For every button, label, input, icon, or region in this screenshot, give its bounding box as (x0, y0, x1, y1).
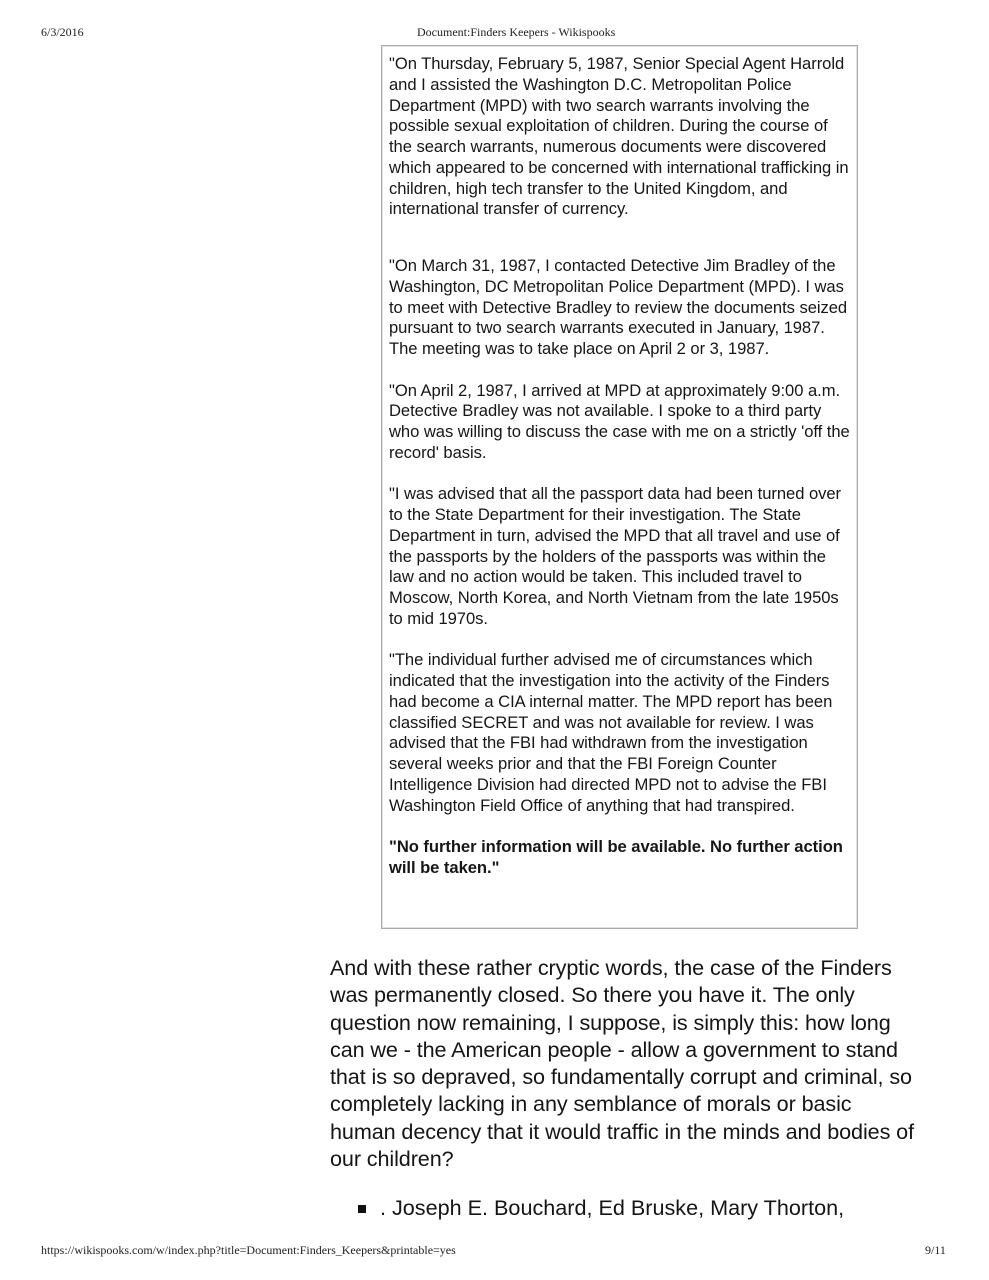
page-number: 9/11 (925, 1243, 946, 1257)
print-url: https://wikispooks.com/w/index.php?title… (41, 1243, 456, 1257)
memo-paragraph-mar-31: "On March 31, 1987, I contacted Detectiv… (389, 256, 851, 360)
closing-paragraph: And with these rather cryptic words, the… (330, 954, 920, 1172)
square-bullet-icon (358, 1205, 366, 1213)
memo-paragraph-passport-data: "I was advised that all the passport dat… (389, 484, 851, 629)
quoted-fbi-memo-box: "On Thursday, February 5, 1987, Senior S… (381, 45, 858, 929)
print-date: 6/3/2016 (41, 25, 84, 39)
memo-paragraph-apr-2: "On April 2, 1987, I arrived at MPD at a… (389, 381, 851, 464)
reference-text: . Joseph E. Bouchard, Ed Bruske, Mary Th… (380, 1195, 844, 1220)
memo-paragraph-feb-5: "On Thursday, February 5, 1987, Senior S… (389, 54, 851, 220)
reference-list: . Joseph E. Bouchard, Ed Bruske, Mary Th… (330, 1194, 920, 1221)
memo-paragraph-cia-matter: "The individual further advised me of ci… (389, 650, 851, 816)
reference-item: . Joseph E. Bouchard, Ed Bruske, Mary Th… (330, 1194, 920, 1221)
print-page-title: Document:Finders Keepers - Wikispooks (417, 25, 615, 39)
memo-paragraph-conclusion: "No further information will be availabl… (389, 837, 851, 879)
